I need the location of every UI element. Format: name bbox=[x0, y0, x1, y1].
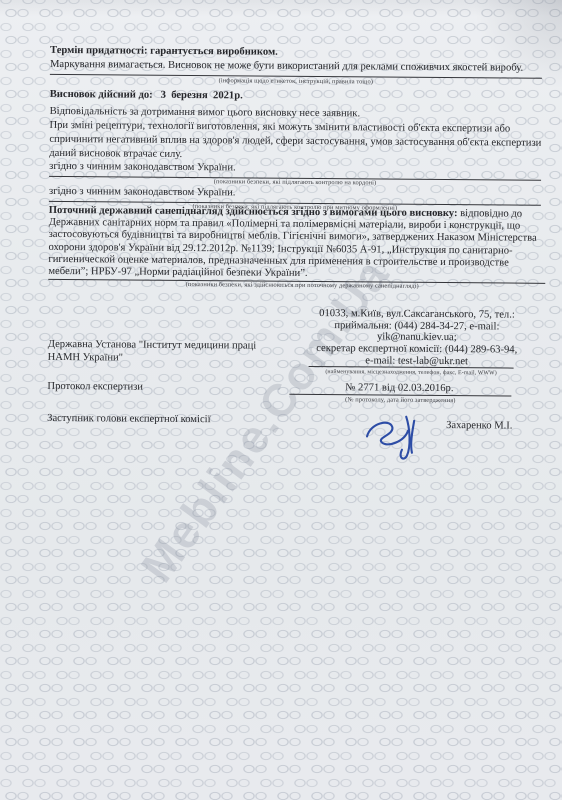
surveillance-paragraph: Поточний державний санепіднагляд здійсню… bbox=[48, 205, 546, 284]
signature-icon bbox=[359, 406, 437, 463]
scanned-document-page: Mebline.Com.Ua Термін придатності: гаран… bbox=[0, 0, 562, 800]
recipe-change-paragraph: При зміні рецептури, технології виготовл… bbox=[49, 119, 549, 165]
valid-until-line: Висновок дійсний до: 3 березня 2021р. bbox=[50, 88, 243, 104]
signer-name: Захаренко М.І. bbox=[446, 419, 512, 434]
surveillance-body: відповідно до Державних санітарних норм … bbox=[48, 208, 536, 279]
institution-name: Державна Установа "Інститут медицини пра… bbox=[48, 338, 286, 366]
document-content: Термін придатності: гарантується виробни… bbox=[0, 0, 562, 800]
protocol-caption: (№ протоколу, дата його затвердження) bbox=[289, 396, 511, 406]
contact-line: секретар експертної комісії: (044) 289-6… bbox=[281, 343, 553, 357]
signer-title: Заступник голови експертної комісії bbox=[47, 412, 210, 427]
contact-caption: (найменування, місцезнаходження, телефон… bbox=[289, 368, 534, 378]
contact-line: 01033, м.Київ, вул.Саксаганського, 75, т… bbox=[281, 308, 553, 322]
protocol-label: Протокол експертизи bbox=[47, 380, 143, 395]
contact-block: 01033, м.Київ, вул.Саксаганського, 75, т… bbox=[281, 308, 553, 369]
